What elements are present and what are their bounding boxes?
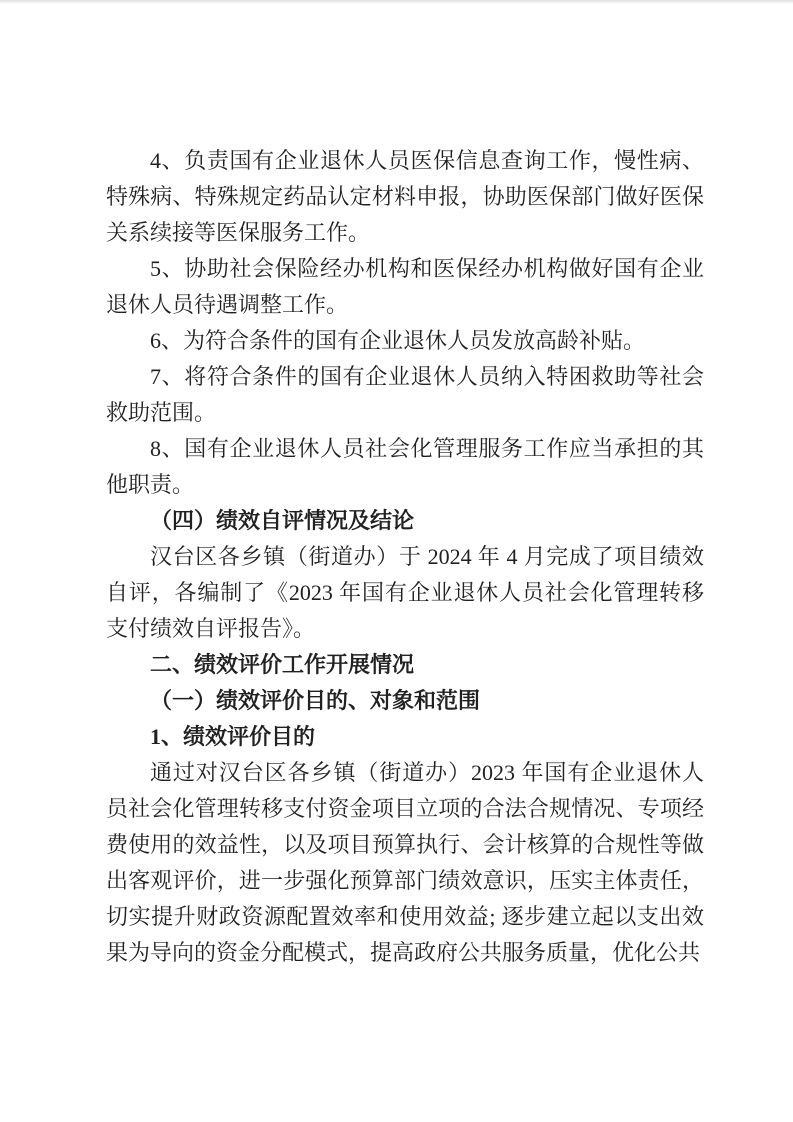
duty-item-4: 4、负责国有企业退休人员医保信息查询工作，慢性病、特殊病、特殊规定药品认定材料申… — [106, 143, 704, 251]
paragraph-evaluation-purpose: 通过对汉台区各乡镇（街道办）2023 年国有企业退休人员社会化管理转移支付资金项… — [106, 755, 704, 971]
document-page: 4、负责国有企业退休人员医保信息查询工作，慢性病、特殊病、特殊规定药品认定材料申… — [0, 0, 793, 1122]
duty-item-6: 6、为符合条件的国有企业退休人员发放高龄补贴。 — [106, 323, 704, 359]
sub-subsection-heading-purpose: 1、绩效评价目的 — [106, 719, 704, 755]
duty-item-7: 7、将符合条件的国有企业退休人员纳入特困救助等社会救助范围。 — [106, 359, 704, 431]
document-content: 4、负责国有企业退休人员医保信息查询工作，慢性病、特殊病、特殊规定药品认定材料申… — [106, 143, 704, 971]
paragraph-self-evaluation-summary: 汉台区各乡镇（街道办）于 2024 年 4 月完成了项目绩效自评，各编制了《20… — [106, 539, 704, 647]
duty-item-8: 8、国有企业退休人员社会化管理服务工作应当承担的其他职责。 — [106, 431, 704, 503]
section-heading-evaluation-work: 二、绩效评价工作开展情况 — [106, 647, 704, 683]
subsection-heading-self-evaluation: （四）绩效自评情况及结论 — [106, 503, 704, 539]
subsection-heading-purpose-scope: （一）绩效评价目的、对象和范围 — [106, 683, 704, 719]
duty-item-5: 5、协助社会保险经办机构和医保经办机构做好国有企业退休人员待遇调整工作。 — [106, 251, 704, 323]
